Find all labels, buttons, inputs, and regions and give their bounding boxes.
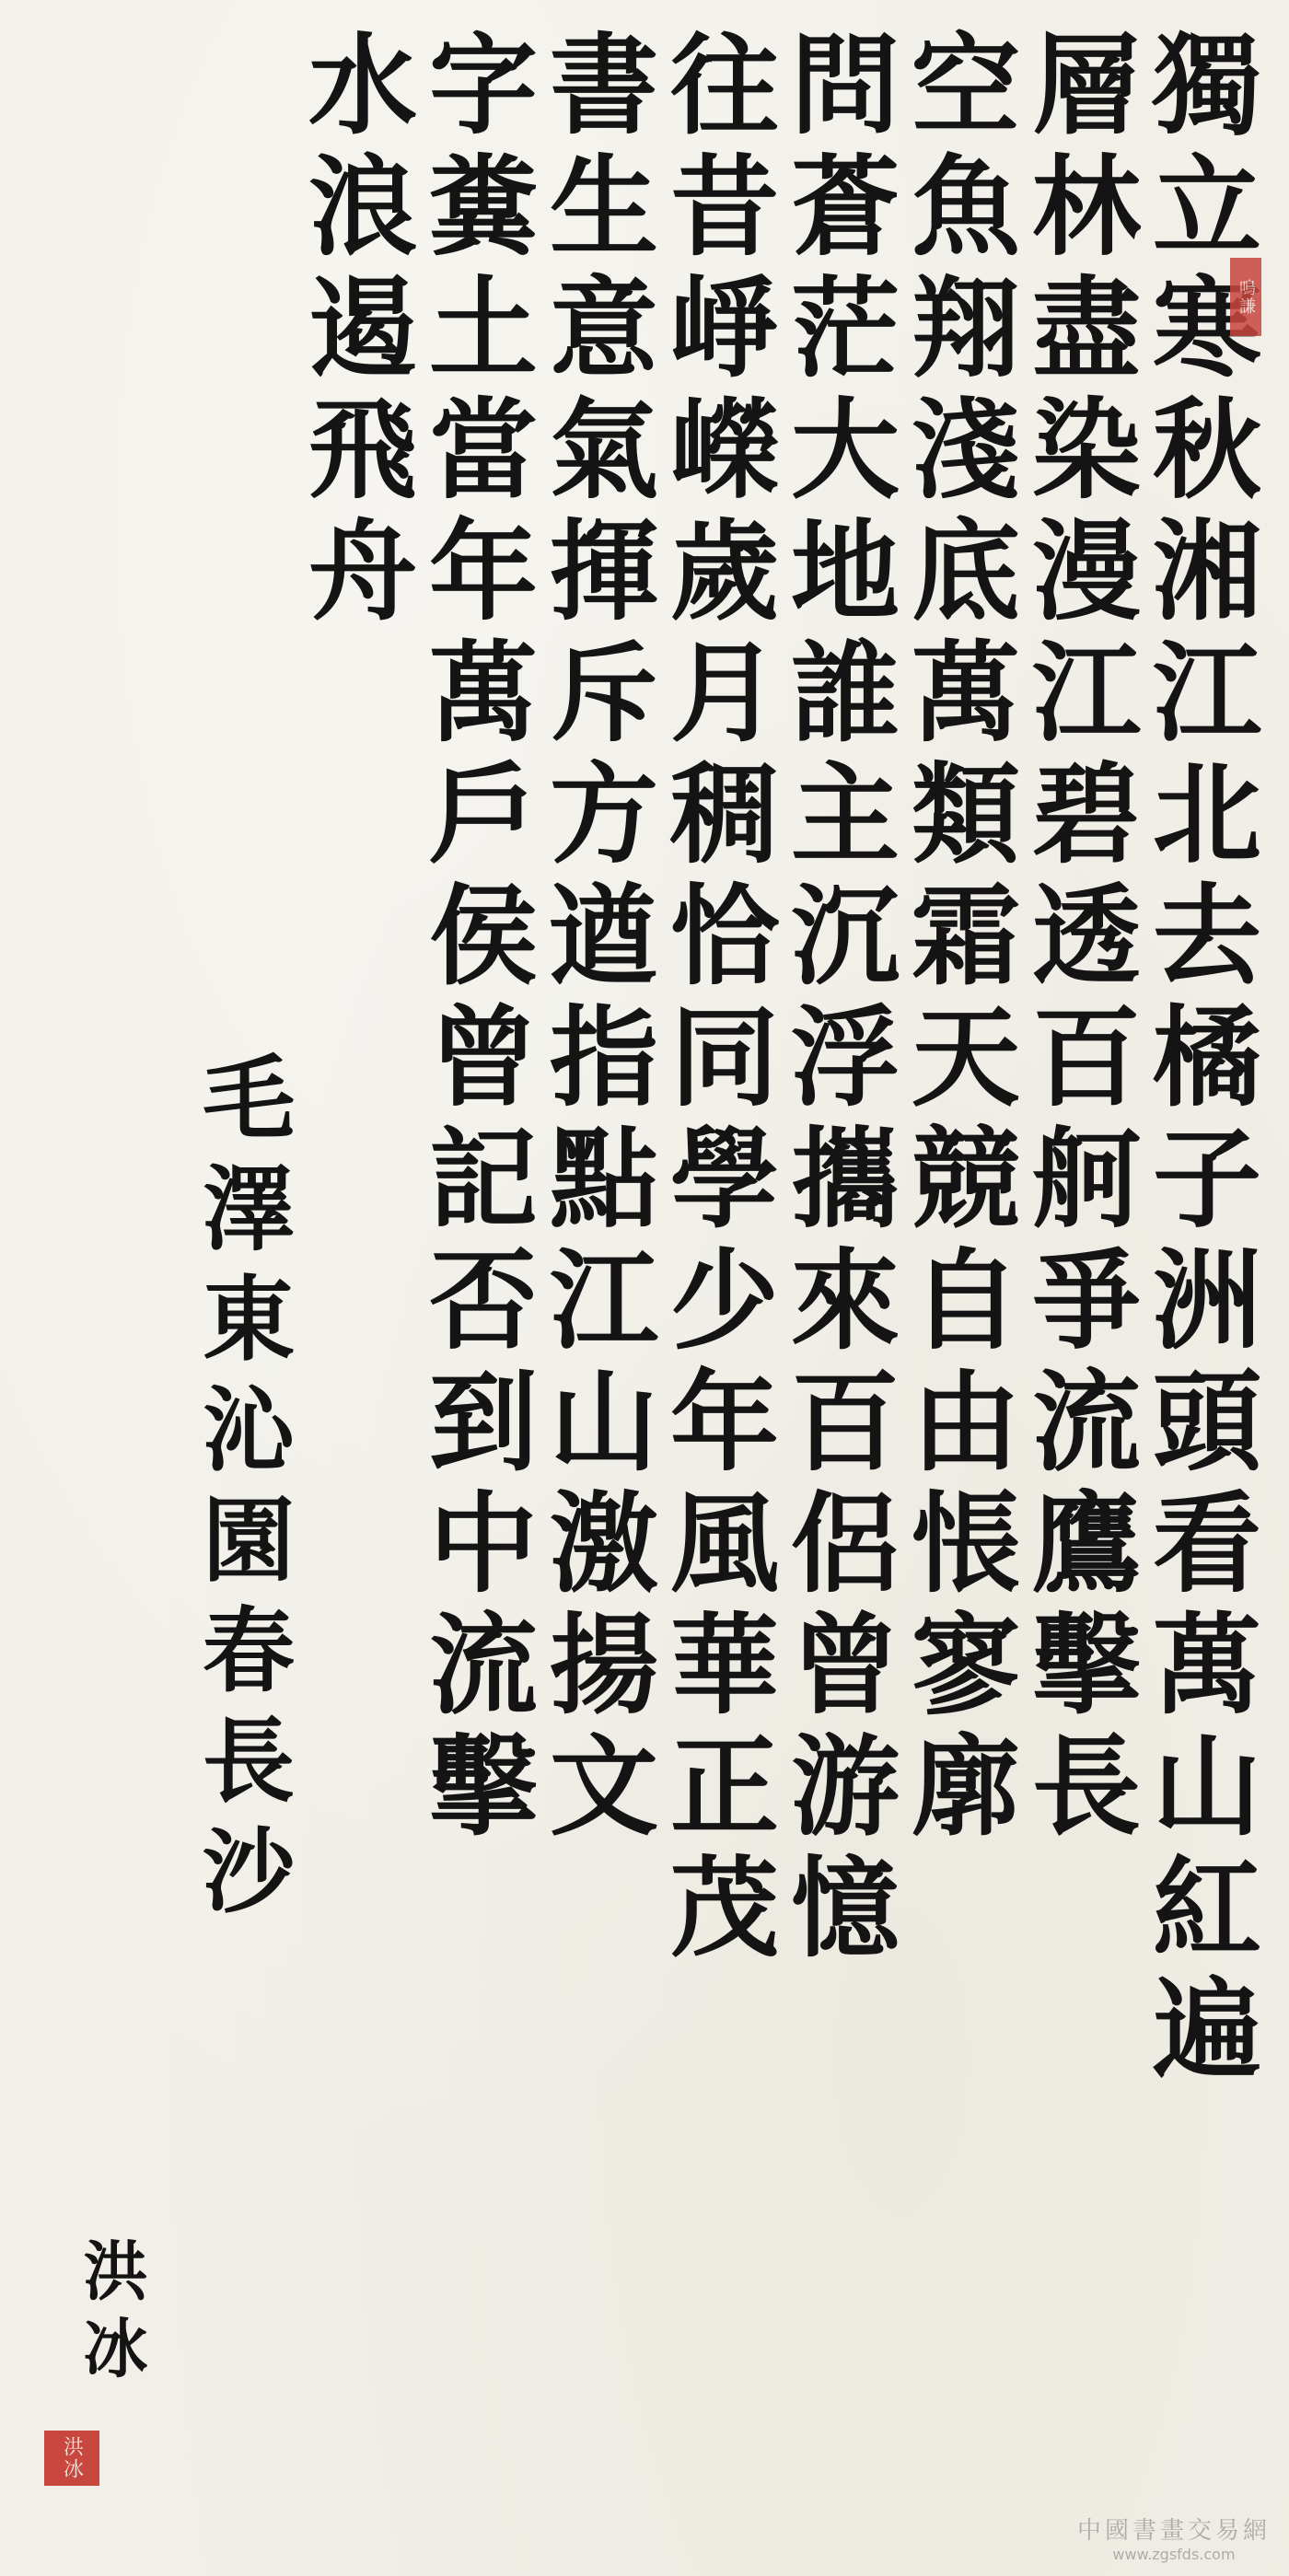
calligraphy-column-6: 書生意氣揮斥方遒指點江山激揚文 bbox=[534, 28, 649, 2550]
watermark-url: www.zgsfds.com bbox=[1077, 2546, 1271, 2563]
seal-top: 鳴謙 bbox=[1230, 258, 1261, 336]
calligraphy-column-7: 字糞土當年萬戶侯曾記否到中流擊 bbox=[413, 28, 528, 2550]
calligraphy-columns: 獨立寒秋湘江北去橘子洲頭看萬山紅遍 層林盡染漫江碧透百舸爭流鷹擊長 空魚翔淺底萬… bbox=[172, 28, 1252, 2550]
calligraphy-column-8: 水浪遏飛舟 bbox=[293, 28, 408, 2550]
calligraphy-column-2: 層林盡染漫江碧透百舸爭流鷹擊長 bbox=[1016, 28, 1132, 2550]
calligraphy-column-5: 往昔崢嶸歲月稠恰同學少年風華正茂 bbox=[655, 28, 770, 2550]
watermark-text: 中國書畫交易網 bbox=[1077, 2512, 1271, 2546]
seal-bottom: 洪冰 bbox=[44, 2431, 99, 2486]
watermark: 中國書畫交易網 www.zgsfds.com bbox=[1077, 2512, 1271, 2563]
signature-name: 洪冰 bbox=[28, 0, 143, 2392]
calligraphy-column-3: 空魚翔淺底萬類霜天競自由悵寥廓 bbox=[896, 28, 1011, 2550]
signature-inscription: 毛澤東沁園春長沙 bbox=[172, 28, 287, 2550]
calligraphy-column-1: 獨立寒秋湘江北去橘子洲頭看萬山紅遍 bbox=[1137, 28, 1252, 2550]
calligraphy-column-4: 問蒼茫大地誰主沉浮攜來百侶曾游憶 bbox=[775, 28, 890, 2550]
